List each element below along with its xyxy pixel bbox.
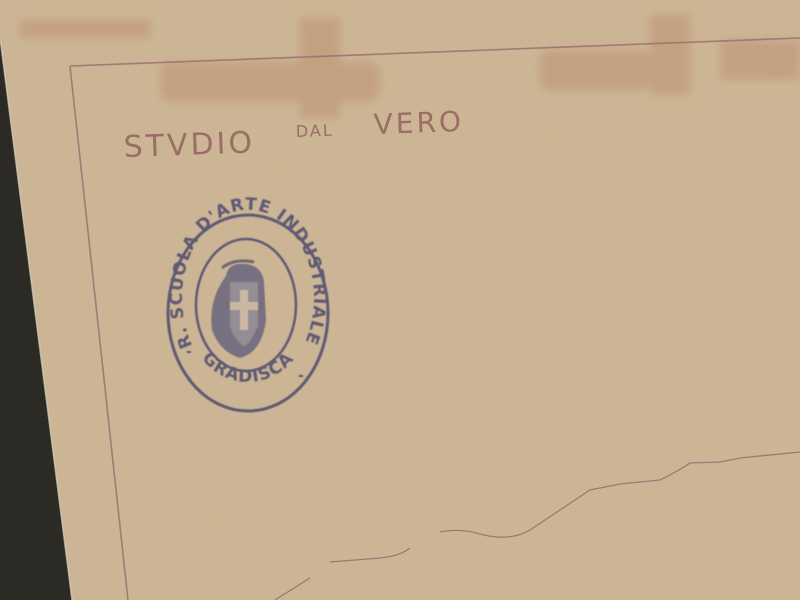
title-word-3: VERO xyxy=(373,105,464,141)
title-word-2: DAL xyxy=(295,121,334,141)
photo-scene: STVDIO DAL VERO R. SCUOLA D'ARTE INDUSTR… xyxy=(0,0,800,600)
title-word-1: STVDIO xyxy=(123,125,256,165)
stamp-dash-right: - xyxy=(298,368,304,384)
stamp-dash-left: - xyxy=(186,344,192,360)
